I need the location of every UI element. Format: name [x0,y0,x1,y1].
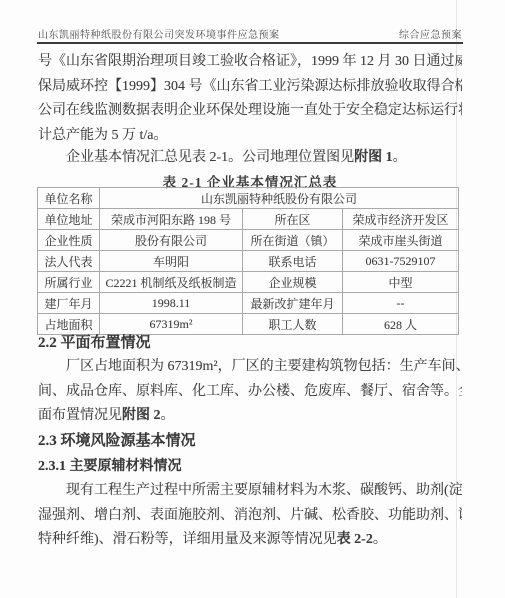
table-cell-label: 最新改扩建年月 [243,293,343,314]
paragraph-line: 号《山东省限期治理项目竣工验收合格证》，1999 年 12 月 30 日通过威海… [38,50,462,75]
table-cell-value: C2221 机制纸及纸板制造 [100,272,243,293]
table-cell-label: 联系电话 [243,251,343,272]
figure-ref: 附图 2 [122,408,161,423]
table-cell-label: 所属行业 [38,272,100,293]
table-ref: 表 2-2 [337,532,373,547]
table-cell-label: 法人代表 [38,251,100,272]
document-page: 山东凯丽特种纸股份有限公司突发环境事件应急预案 综合应急预案 号《山东省限期治理… [0,0,505,598]
text-run: 。 [373,532,387,547]
paragraph-3: 厂区占地面积为 67319m²，厂区的主要建构筑物包括：生产车间、切选车 间、成… [38,355,462,429]
header-left-title: 山东凯丽特种纸股份有限公司突发环境事件应急预案 [38,26,280,41]
table-cell-label: 企业规模 [243,272,343,293]
table-row: 法人代表 车明阳 联系电话 0631-7529107 [38,251,459,272]
table-cell-label: 所在街道（镇） [243,230,343,251]
table-cell-label: 所在区 [243,209,343,230]
header-right-title: 综合应急预案 [399,26,462,41]
text-run: 特种纤维)、滑石粉等，详细用量及来源等情况见 [38,532,337,547]
table-row: 所属行业 C2221 机制纸及纸板制造 企业规模 中型 [38,272,459,293]
paragraph-1: 号《山东省限期治理项目竣工验收合格证》，1999 年 12 月 30 日通过威海… [38,50,462,148]
section-heading-2-2: 2.2 平面布置情况 [38,331,462,352]
table-cell-value: -- [343,293,459,314]
table-2-1: 单位名称 山东凯丽特种纸股份有限公司 单位地址 荣成市河阳东路 198 号 所在… [37,187,459,335]
paragraph-line: 公司在线监测数据表明企业环保处理设施一直处于安全稳定达标运行状态,设 [38,99,462,124]
table-cell-label: 单位名称 [38,188,100,209]
paragraph-line: 特种纤维)、滑石粉等，详细用量及来源等情况见表 2-2。 [38,528,462,553]
text-run: 。 [161,408,175,423]
table-cell-label: 建厂年月 [38,293,100,314]
paragraph-line: 企业基本情况汇总见表 2-1。公司地理位置图见附图 1。 [38,146,462,171]
table-cell-label: 单位地址 [38,209,100,230]
paragraph-line: 湿强剂、增白剂、表面施胶剂、消泡剂、片碱、松香胶、功能助剂、调色剂、 [38,504,462,529]
paragraph-line: 间、成品仓库、原料库、化工库、办公楼、危废库、餐厅、宿舍等。全厂总平 [38,380,462,405]
paragraph-line: 现有工程生产过程中所需主要原辅材料为木浆、碳酸钙、助剂(淀粉、AKD、 [38,479,462,504]
section-heading-2-3: 2.3 环境风险源基本情况 [38,429,462,450]
table-cell-value: 荣成市河阳东路 198 号 [100,209,243,230]
table-cell-value: 荣成市崖头街道 [343,230,459,251]
figure-ref: 附图 1 [354,150,393,165]
paragraph-line: 保局威环控【1999】304 号《山东省工业污染源达标排放验收取得合格证》。 [38,75,462,100]
table-row: 建厂年月 1998.11 最新改扩建年月 -- [38,293,459,314]
table-row: 单位名称 山东凯丽特种纸股份有限公司 [38,188,459,209]
paragraph-4: 现有工程生产过程中所需主要原辅材料为木浆、碳酸钙、助剂(淀粉、AKD、 湿强剂、… [38,479,462,553]
table-cell-value: 车明阳 [100,251,243,272]
table-cell-value: 0631-7529107 [343,251,459,272]
text-run: 。 [393,150,407,165]
table-cell-value: 中型 [343,272,459,293]
table-cell-label: 企业性质 [38,230,100,251]
table-cell-value: 山东凯丽特种纸股份有限公司 [100,188,459,209]
paragraph-line: 厂区占地面积为 67319m²，厂区的主要建构筑物包括：生产车间、切选车 [38,355,462,380]
page-header: 山东凯丽特种纸股份有限公司突发环境事件应急预案 综合应急预案 [38,26,462,41]
paragraph-2: 企业基本情况汇总见表 2-1。公司地理位置图见附图 1。 [38,146,462,171]
table-cell-value: 股份有限公司 [100,230,243,251]
text-run: 面布置情况见 [38,408,122,423]
table-row: 单位地址 荣成市河阳东路 198 号 所在区 荣成市经济开发区 [38,209,459,230]
text-run: 企业基本情况汇总见表 2-1。公司地理位置图见 [66,150,354,165]
section-heading-2-3-1: 2.3.1 主要原辅材料情况 [38,455,462,475]
table-cell-value: 1998.11 [100,293,243,314]
header-rule [37,42,463,44]
paragraph-line: 面布置情况见附图 2。 [38,404,462,429]
paragraph-line: 计总产能为 5 万 t/a。 [38,124,462,149]
table-row: 企业性质 股份有限公司 所在街道（镇） 荣成市崖头街道 [38,230,459,251]
table-cell-value: 荣成市经济开发区 [343,209,459,230]
